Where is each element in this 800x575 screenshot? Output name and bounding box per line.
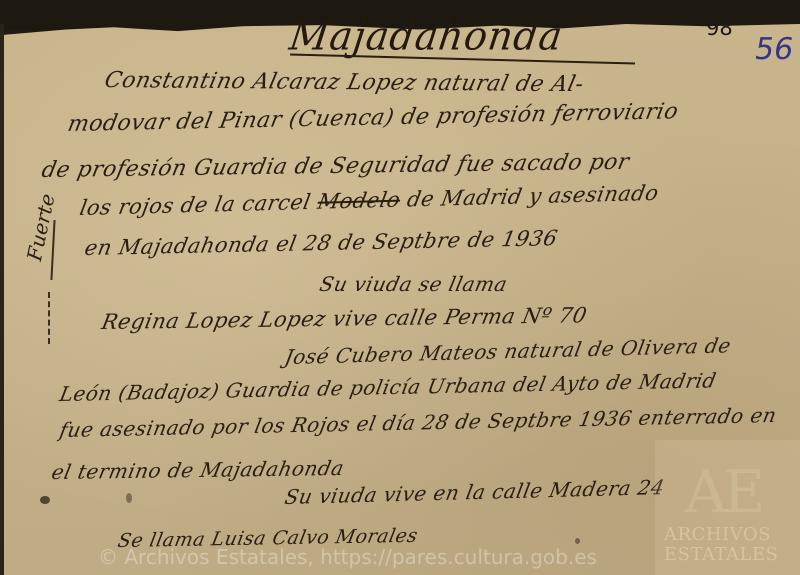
handwritten-line: Constantino Alcaraz Lopez natural de Al- <box>102 68 586 97</box>
folio-number: 98 <box>706 16 733 40</box>
handwritten-line: el termino de Majadahonda <box>50 456 347 484</box>
ink-blot <box>575 538 580 544</box>
folio-pencil-number: 56 <box>752 32 796 67</box>
ink-blot <box>126 493 132 503</box>
ink-blot <box>40 496 50 504</box>
copyright-watermark: © Archivos Estatales, https://pares.cult… <box>98 545 597 569</box>
archive-logo-text-2: ESTATALES <box>664 544 778 565</box>
scan-frame-left <box>0 24 4 575</box>
document-title: Majadahonda <box>287 13 566 59</box>
handwritten-line: Su viuda se llama <box>317 272 509 296</box>
archive-logo-text-1: ARCHIVOS <box>664 524 771 545</box>
struck-word: Modelo <box>316 188 403 214</box>
archive-logo-icon: AE <box>685 458 761 526</box>
margin-dashed-stroke <box>48 292 52 344</box>
